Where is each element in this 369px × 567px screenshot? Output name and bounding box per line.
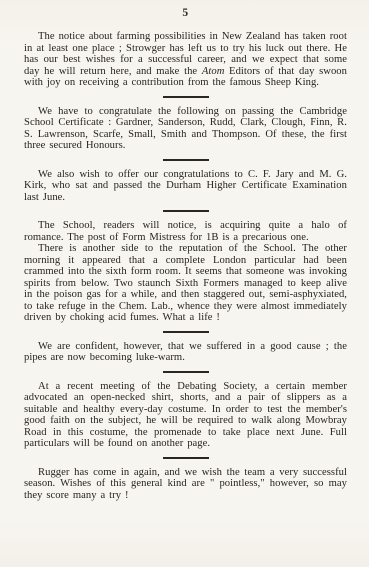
section-divider <box>163 210 209 212</box>
magazine-title-atom: Atom <box>202 66 225 77</box>
section-divider <box>163 457 209 459</box>
paragraph-luke-warm-pipes: We are confident, however, that we suffe… <box>24 341 347 364</box>
page-number: 5 <box>24 7 347 19</box>
paragraph-cambridge-certificate: We have to congratulate the following on… <box>24 106 347 152</box>
paragraph-new-zealand: The notice about farming possibilities i… <box>24 31 347 89</box>
magazine-page: 5 The notice about farming possibilities… <box>0 0 369 567</box>
paragraph-debating-society: At a recent meeting of the Debating Soci… <box>24 381 347 450</box>
section-divider <box>163 159 209 161</box>
section-divider <box>163 96 209 98</box>
section-divider <box>163 371 209 373</box>
paragraph-sixth-form-gas: There is another side to the reputation … <box>24 243 347 324</box>
paragraph-durham-certificate: We also wish to offer our congratulation… <box>24 169 347 204</box>
section-divider <box>163 331 209 333</box>
paragraph-rugger: Rugger has come in again, and we wish th… <box>24 467 347 502</box>
paragraph-halo-of-romance: The School, readers will notice, is acqu… <box>24 220 347 243</box>
